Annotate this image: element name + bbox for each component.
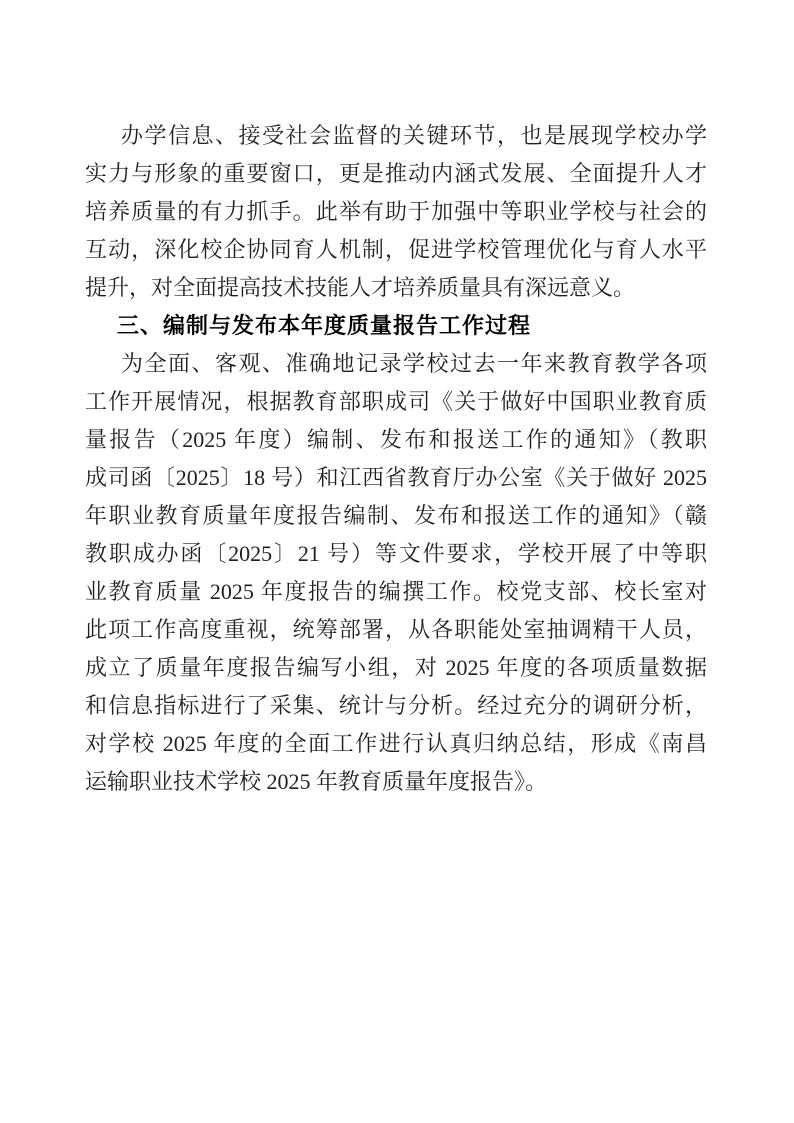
body-line: 和信息指标进行了采集、统计与分析。经过充分的调研分析， (85, 687, 707, 725)
body-line: 业教育质量 2025 年度报告的编撰工作。校党支部、校长室对 (85, 573, 707, 611)
body-line: 互动，深化校企协同育人机制，促进学校管理优化与育人水平 (85, 231, 707, 269)
body-line: 教职成办函〔2025〕21 号）等文件要求，学校开展了中等职 (85, 535, 707, 573)
body-line: 成司函〔2025〕18 号）和江西省教育厅办公室《关于做好 2025 (85, 459, 707, 497)
body-line: 年职业教育质量年度报告编制、发布和报送工作的通知》（赣 (85, 497, 707, 535)
body-line: 为全面、客观、准确地记录学校过去一年来教育教学各项 (85, 345, 707, 383)
body-line: 提升，对全面提高技术技能人才培养质量具有深远意义。 (85, 269, 707, 307)
body-line: 此项工作高度重视，统筹部署，从各职能处室抽调精干人员， (85, 611, 707, 649)
body-line: 对学校 2025 年度的全面工作进行认真归纳总结，形成《南昌 (85, 725, 707, 763)
body-line: 办学信息、接受社会监督的关键环节，也是展现学校办学 (85, 117, 707, 155)
body-line: 工作开展情况，根据教育部职成司《关于做好中国职业教育质 (85, 383, 707, 421)
body-line: 实力与形象的重要窗口，更是推动内涵式发展、全面提升人才 (85, 155, 707, 193)
body-line: 培养质量的有力抓手。此举有助于加强中等职业学校与社会的 (85, 193, 707, 231)
document-page: 办学信息、接受社会监督的关键环节，也是展现学校办学 实力与形象的重要窗口，更是推… (0, 0, 794, 1123)
section-heading: 三、编制与发布本年度质量报告工作过程 (85, 307, 707, 345)
body-line: 量报告（2025 年度）编制、发布和报送工作的通知》（教职 (85, 421, 707, 459)
body-line: 运输职业技术学校 2025 年教育质量年度报告》。 (85, 763, 707, 801)
body-line: 成立了质量年度报告编写小组，对 2025 年度的各项质量数据 (85, 649, 707, 687)
document-body: 办学信息、接受社会监督的关键环节，也是展现学校办学 实力与形象的重要窗口，更是推… (85, 117, 707, 801)
